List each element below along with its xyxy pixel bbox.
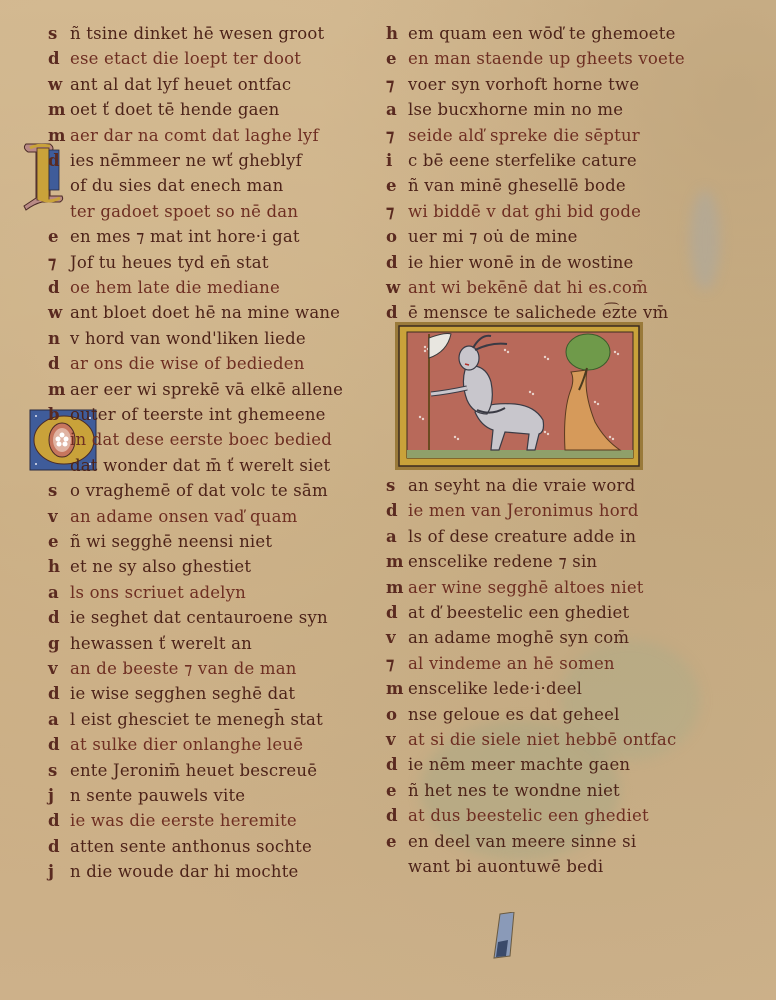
- line-text: Jof tu heues tyd en̄ stat: [70, 253, 269, 272]
- line-initial: e: [386, 781, 408, 800]
- line-initial: o: [386, 227, 408, 246]
- line-text: aer dar na comt dat laghe lyf: [70, 126, 319, 145]
- manuscript-page: sñ tsine dinket hē wesen grootdese etact…: [0, 0, 776, 1000]
- line-initial: d: [48, 278, 70, 297]
- verse-line: van de beeste ⁊ van de man: [48, 659, 297, 683]
- line-initial: d: [48, 49, 70, 68]
- line-text: voer syn vorhoft horne twe: [408, 75, 639, 94]
- verse-line: nv hord van wond'liken liede: [48, 329, 306, 353]
- line-text: enscelike lede·i·deel: [408, 679, 582, 698]
- line-text: an adame moghē syn com̄: [408, 628, 629, 647]
- line-text: en deel van meere sinne si: [408, 832, 636, 851]
- verse-line: dese etact die loept ter doot: [48, 49, 301, 73]
- verse-line: menscelike lede·i·deel: [386, 679, 582, 703]
- verse-line: dat wonder dat m̄ ť werelt siet: [48, 456, 330, 480]
- line-text: hewassen ť werelt an: [70, 634, 252, 653]
- line-text: ant bloet doet hē na mine wane: [70, 303, 340, 322]
- line-initial: o: [386, 705, 408, 724]
- line-text: n sente pauwels vite: [70, 786, 245, 805]
- line-text: seide alď spreke die sēptur: [408, 126, 640, 145]
- verse-line: vat si die siele niet hebbē ontfac: [386, 730, 676, 754]
- verse-line: san seyht na die vraie word: [386, 476, 635, 500]
- line-text: l eist ghesciet te menegh̄ stat: [70, 710, 323, 729]
- verse-line: of du sies dat enech man: [48, 176, 283, 200]
- verse-line: so vraghemē of dat volc te sām: [48, 481, 328, 505]
- verse-line: ter gadoet spoet so nē dan: [48, 202, 298, 226]
- line-text: ñ het nes te wondne niet: [408, 781, 620, 800]
- verse-line: sñ tsine dinket hē wesen groot: [48, 24, 324, 48]
- line-initial: a: [48, 710, 70, 729]
- line-text: oet ť doet tē hende gaen: [70, 100, 279, 119]
- line-text: ie wise segghen seghē dat: [70, 684, 295, 703]
- line-initial: e: [386, 176, 408, 195]
- line-initial: n: [48, 329, 70, 348]
- verse-line: ⁊wi biddē v dat ghi bid gode: [386, 202, 641, 226]
- line-initial: ⁊: [48, 253, 70, 272]
- line-text: ter gadoet spoet so nē dan: [70, 202, 298, 221]
- line-initial: a: [48, 583, 70, 602]
- verse-line: alse bucxhorne min no me: [386, 100, 623, 124]
- verse-line: die men van Jeronimus hord: [386, 501, 639, 525]
- verse-line: die seghet dat centauroene syn: [48, 608, 328, 632]
- line-text: ls ons scriuet adelyn: [70, 583, 246, 602]
- line-initial: v: [386, 730, 408, 749]
- verse-line: ouer mi ⁊ ou̇ de mine: [386, 227, 578, 251]
- line-text: uer mi ⁊ ou̇ de mine: [408, 227, 578, 246]
- line-text: ies nēmmeer ne wť gheblyf: [70, 151, 302, 170]
- verse-line: want bloet doet hē na mine wane: [48, 303, 340, 327]
- line-initial: s: [48, 24, 70, 43]
- verse-line: ⁊Jof tu heues tyd en̄ stat: [48, 253, 269, 277]
- verse-line: eñ van minē ghesellē bode: [386, 176, 626, 200]
- line-initial: w: [48, 75, 70, 94]
- verse-line: eñ het nes te wondne niet: [386, 781, 620, 805]
- verse-line: dat dus beestelic een ghediet: [386, 806, 649, 830]
- line-text: enscelike redene ⁊ sin: [408, 552, 597, 571]
- verse-line: datten sente anthonus sochte: [48, 837, 312, 861]
- line-text: ē mensce te salichede e͡zte vm̄: [408, 303, 668, 322]
- line-text: ie men van Jeronimus hord: [408, 501, 639, 520]
- verse-line: in dat dese eerste boec bedied: [48, 430, 332, 454]
- line-text: want bi auontuwē bedi: [408, 857, 603, 876]
- line-text: en mes ⁊ mat int hore·i gat: [70, 227, 300, 246]
- verse-line: dat sulke dier onlanghe leuē: [48, 735, 303, 759]
- line-text: an de beeste ⁊ van de man: [70, 659, 297, 678]
- verse-line: maer dar na comt dat laghe lyf: [48, 126, 319, 150]
- verse-line: dies nēmmeer ne wť gheblyf: [48, 151, 302, 175]
- line-initial: d: [386, 755, 408, 774]
- line-initial: g: [48, 634, 70, 653]
- line-initial: d: [48, 837, 70, 856]
- line-text: n die woude dar hi mochte: [70, 862, 299, 881]
- line-initial: w: [386, 278, 408, 297]
- verse-line: ⁊seide alď spreke die sēptur: [386, 126, 640, 150]
- line-initial: a: [386, 100, 408, 119]
- verse-line: al eist ghesciet te menegh̄ stat: [48, 710, 323, 734]
- verse-line: het ne sy also ghestiet: [48, 557, 251, 581]
- line-text: ant al dat lyf heuet ontfac: [70, 75, 291, 94]
- line-text: outer of teerste int ghemeene: [70, 405, 326, 424]
- line-text: ls of dese creature adde in: [408, 527, 636, 546]
- verse-line: jn sente pauwels vite: [48, 786, 245, 810]
- verse-line: eñ wi segghē neensi niet: [48, 532, 272, 556]
- line-text: in dat dese eerste boec bedied: [70, 430, 332, 449]
- line-initial: d: [48, 608, 70, 627]
- centaur-miniature: [395, 322, 643, 470]
- verse-line: een mes ⁊ mat int hore·i gat: [48, 227, 300, 251]
- verse-line: die wise segghen seghē dat: [48, 684, 295, 708]
- parchment-stain: [690, 190, 720, 290]
- verse-line: maer eer wi sprekē vā elkē allene: [48, 380, 343, 404]
- verse-line: dat ď beestelic een ghediet: [386, 603, 629, 627]
- line-text: atten sente anthonus sochte: [70, 837, 312, 856]
- line-initial: m: [48, 100, 70, 119]
- verse-line: ⁊voer syn vorhoft horne twe: [386, 75, 639, 99]
- line-text: aer eer wi sprekē vā elkē allene: [70, 380, 343, 399]
- verse-line: van adame moghē syn com̄: [386, 628, 629, 652]
- verse-line: ⁊al vindeme an hē somen: [386, 654, 615, 678]
- line-initial: d: [386, 603, 408, 622]
- line-initial: v: [48, 659, 70, 678]
- line-initial: j: [48, 786, 70, 805]
- verse-line: hem quam een wōď te ghemoete: [386, 24, 676, 48]
- line-initial: d: [48, 151, 70, 170]
- verse-line: bouter of teerste int ghemeene: [48, 405, 326, 429]
- verse-line: onse geloue es dat geheel: [386, 705, 620, 729]
- line-text: nse geloue es dat geheel: [408, 705, 620, 724]
- line-initial: v: [386, 628, 408, 647]
- line-text: ie seghet dat centauroene syn: [70, 608, 328, 627]
- line-text: ant wi bekēnē dat hi es.com̄: [408, 278, 648, 297]
- line-initial: s: [386, 476, 408, 495]
- verse-line: die hier wonē in de wostine: [386, 253, 634, 277]
- line-text: o vraghemē of dat volc te sām: [70, 481, 328, 500]
- line-initial: h: [48, 557, 70, 576]
- line-initial: d: [48, 735, 70, 754]
- line-initial: d: [48, 811, 70, 830]
- line-text: at dus beestelic een ghediet: [408, 806, 649, 825]
- verse-line: maer wine segghē altoes niet: [386, 578, 644, 602]
- line-initial: h: [386, 24, 408, 43]
- verse-line: ic bē eene sterfelike cature: [386, 151, 637, 175]
- verse-line: sente Jeronim̄ heuet bescreuē: [48, 761, 317, 785]
- verse-line: want bi auontuwē bedi: [386, 857, 603, 881]
- line-text: an adame onsen vaď quam: [70, 507, 298, 526]
- line-initial: ⁊: [386, 654, 408, 673]
- line-text: ñ wi segghē neensi niet: [70, 532, 272, 551]
- verse-line: van adame onsen vaď quam: [48, 507, 298, 531]
- line-initial: d: [386, 253, 408, 272]
- line-text: et ne sy also ghestiet: [70, 557, 251, 576]
- line-initial: m: [386, 679, 408, 698]
- verse-line: menscelike redene ⁊ sin: [386, 552, 597, 576]
- line-text: al vindeme an hē somen: [408, 654, 615, 673]
- line-initial: d: [386, 501, 408, 520]
- verse-line: moet ť doet tē hende gaen: [48, 100, 279, 124]
- line-initial: m: [386, 578, 408, 597]
- line-text: oe hem late die mediane: [70, 278, 280, 297]
- verse-line: als of dese creature adde in: [386, 527, 636, 551]
- line-initial: s: [48, 761, 70, 780]
- verse-line: want al dat lyf heuet ontfac: [48, 75, 291, 99]
- line-text: en man staende up gheets voete: [408, 49, 685, 68]
- line-initial: d: [386, 806, 408, 825]
- line-text: at sulke dier onlanghe leuē: [70, 735, 303, 754]
- verse-line: een deel van meere sinne si: [386, 832, 636, 856]
- line-initial: ⁊: [386, 75, 408, 94]
- line-initial: w: [48, 303, 70, 322]
- line-initial: a: [386, 527, 408, 546]
- line-text: ie hier wonē in de wostine: [408, 253, 634, 272]
- line-initial: b: [48, 405, 70, 424]
- line-text: ñ van minē ghesellē bode: [408, 176, 626, 195]
- line-text: ie was die eerste heremite: [70, 811, 297, 830]
- line-initial: s: [48, 481, 70, 500]
- line-initial: ⁊: [386, 202, 408, 221]
- line-text: at ď beestelic een ghediet: [408, 603, 629, 622]
- line-initial: j: [48, 862, 70, 881]
- line-text: ñ tsine dinket hē wesen groot: [70, 24, 324, 43]
- verse-line: als ons scriuet adelyn: [48, 583, 246, 607]
- line-initial: e: [386, 49, 408, 68]
- verse-line: een man staende up gheets voete: [386, 49, 685, 73]
- verse-line: ghewassen ť werelt an: [48, 634, 252, 658]
- line-initial: ⁊: [386, 126, 408, 145]
- verse-line: dar ons die wise of bedieden: [48, 354, 305, 378]
- line-initial: e: [48, 227, 70, 246]
- line-text: v hord van wond'liken liede: [70, 329, 306, 348]
- line-text: ie nēm meer machte gaen: [408, 755, 630, 774]
- line-initial: d: [48, 354, 70, 373]
- line-text: at si die siele niet hebbē ontfac: [408, 730, 676, 749]
- line-text: dat wonder dat m̄ ť werelt siet: [70, 456, 330, 475]
- line-initial: m: [48, 380, 70, 399]
- line-text: an seyht na die vraie word: [408, 476, 635, 495]
- line-text: ente Jeronim̄ heuet bescreuē: [70, 761, 317, 780]
- line-text: ese etact die loept ter doot: [70, 49, 301, 68]
- line-text: wi biddē v dat ghi bid gode: [408, 202, 641, 221]
- line-initial: v: [48, 507, 70, 526]
- parchment-hole: [490, 912, 520, 962]
- verse-line: jn die woude dar hi mochte: [48, 862, 299, 886]
- line-initial: m: [386, 552, 408, 571]
- line-initial: i: [386, 151, 408, 170]
- line-text: ar ons die wise of bedieden: [70, 354, 305, 373]
- line-initial: d: [386, 303, 408, 322]
- line-initial: e: [48, 532, 70, 551]
- line-text: aer wine segghē altoes niet: [408, 578, 644, 597]
- line-text: lse bucxhorne min no me: [408, 100, 623, 119]
- line-text: em quam een wōď te ghemoete: [408, 24, 676, 43]
- verse-line: die nēm meer machte gaen: [386, 755, 630, 779]
- verse-line: doe hem late die mediane: [48, 278, 280, 302]
- line-initial: m: [48, 126, 70, 145]
- verse-line: want wi bekēnē dat hi es.com̄: [386, 278, 648, 302]
- line-text: c bē eene sterfelike cature: [408, 151, 637, 170]
- verse-line: die was die eerste heremite: [48, 811, 297, 835]
- line-initial: e: [386, 832, 408, 851]
- line-text: of du sies dat enech man: [70, 176, 283, 195]
- line-initial: d: [48, 684, 70, 703]
